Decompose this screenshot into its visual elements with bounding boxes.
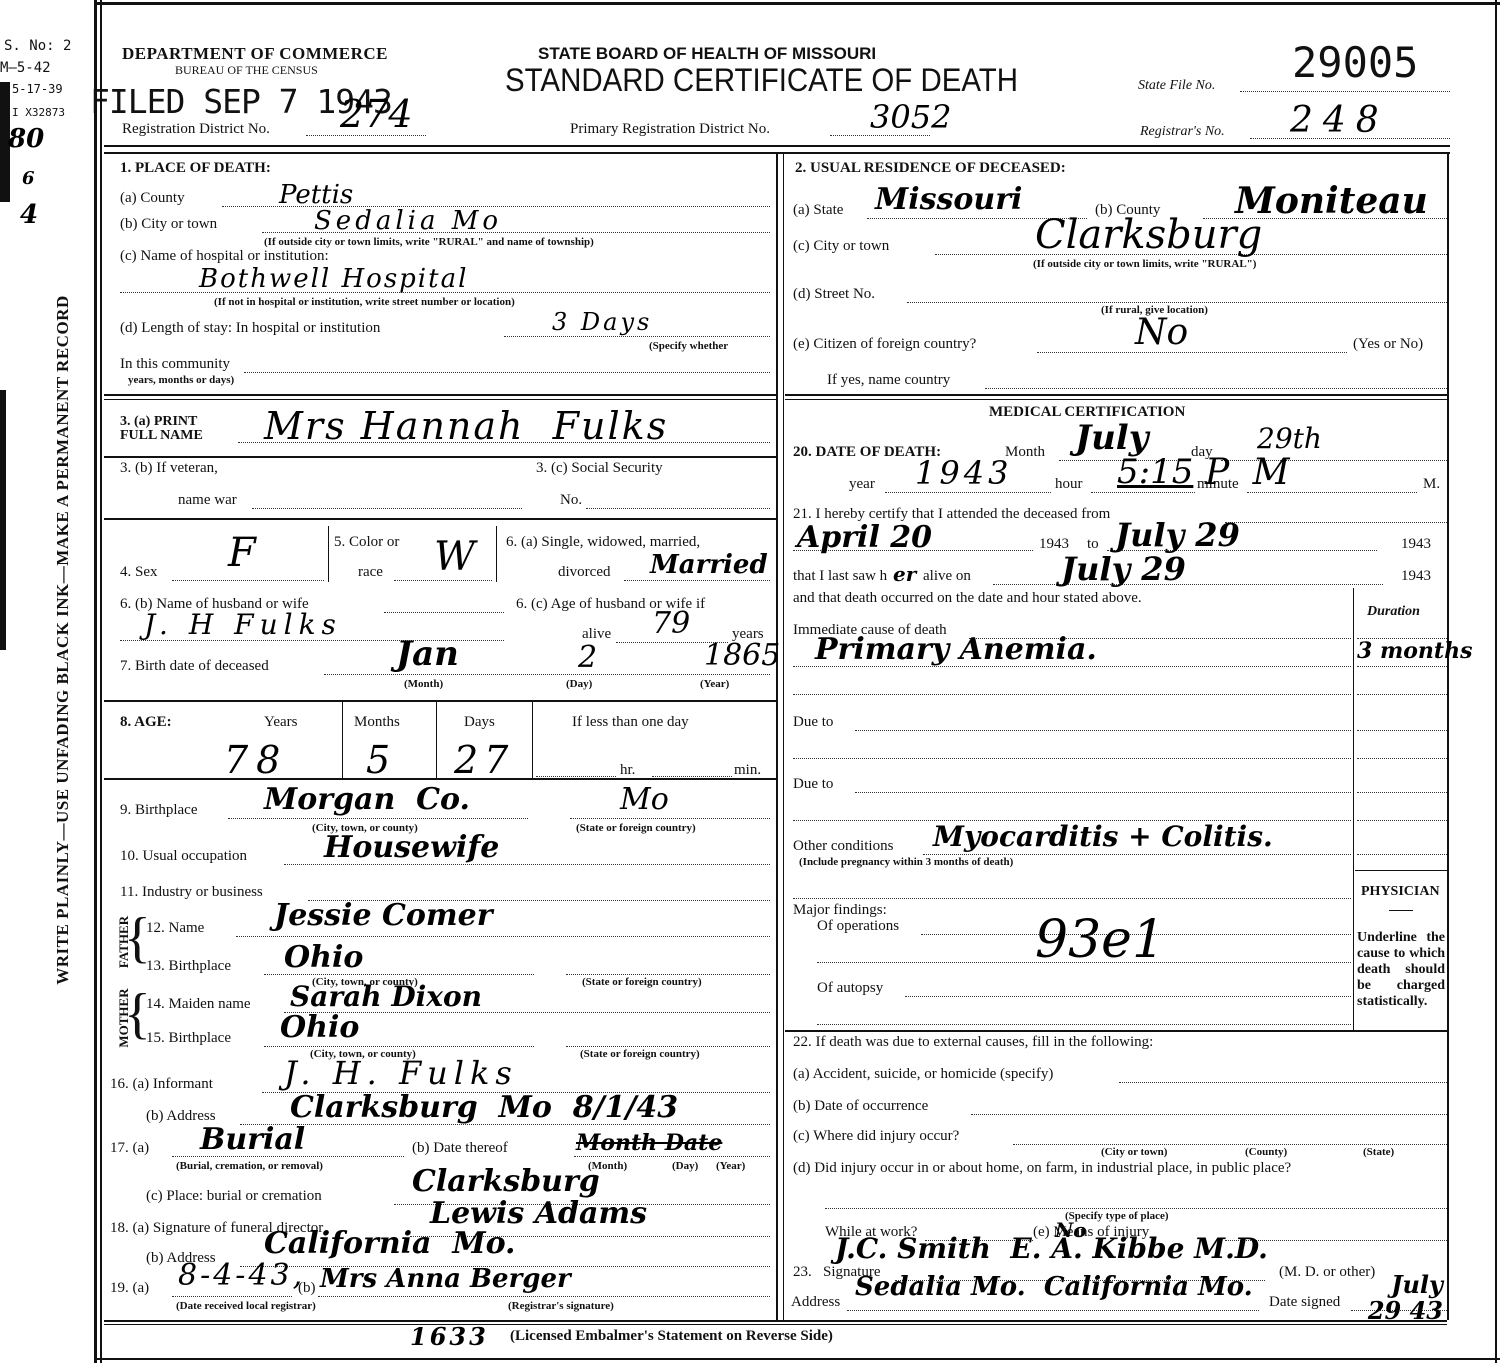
hospital-value: Bothwell Hospital — [199, 264, 468, 294]
margin-stamp-4: I X32873 — [12, 106, 65, 119]
lastsaw-field[interactable] — [993, 584, 1383, 585]
burial-type-caption: (Burial, cremation, or removal) — [176, 1160, 323, 1172]
due1-extra — [793, 758, 1351, 759]
father-bp-label: 13. Birthplace — [146, 958, 231, 975]
birthplace-city-value: Morgan Co. — [264, 782, 470, 817]
age-months-header: Months — [354, 714, 400, 731]
immediate-value: Primary Anemia. — [815, 632, 1097, 667]
external-county-caption: (County) — [1245, 1146, 1287, 1158]
primary-district-value: 3052 — [870, 98, 951, 136]
signature-value: J.C. Smith E. A. Kibbe M.D. — [835, 1232, 1268, 1265]
birth-label: 7. Birth date of deceased — [120, 658, 269, 675]
registrar-sig-label: (b) — [298, 1280, 316, 1297]
burial-place-label: (c) Place: burial or cremation — [146, 1188, 322, 1205]
margin-stamp-1: S. No: 2 — [4, 38, 71, 54]
full-name-value: Mrs Hannah Fulks — [264, 404, 668, 448]
color-field[interactable] — [394, 580, 492, 581]
physician-header: PHYSICIAN — [1361, 884, 1440, 900]
citizen-value: No — [1135, 312, 1188, 353]
stated-label: and that death occurred on the date and … — [793, 590, 1142, 607]
attended-to-value: July 29 — [1115, 516, 1240, 554]
birth-month-caption: (Month) — [404, 678, 443, 690]
due1-label: Due to — [793, 714, 833, 731]
residence-heading: 2. USUAL RESIDENCE OF DECEASED: — [795, 160, 1066, 177]
lastsaw-her: er — [893, 562, 916, 586]
hospital-label: (c) Name of hospital or institution: — [120, 248, 329, 265]
external-a-label: (a) Accident, suicide, or homicide (spec… — [793, 1066, 1053, 1083]
father-bp-value: Ohio — [284, 940, 363, 975]
external-b-field[interactable] — [971, 1114, 1447, 1115]
signature-num: 23. — [793, 1264, 812, 1281]
birth-field[interactable] — [324, 674, 770, 675]
res-street-label: (d) Street No. — [793, 286, 875, 303]
mother-name-label: 14. Maiden name — [146, 996, 251, 1013]
rule-after-veteran — [104, 518, 776, 520]
lastsaw-year: 1943 — [1401, 568, 1431, 585]
birthplace-section: 9. Birthplace Morgan Co. Mo (City, town,… — [104, 780, 776, 910]
received-caption: (Date received local registrar) — [176, 1300, 316, 1312]
mother-bp-state-field[interactable] — [566, 1046, 770, 1047]
age-min-field[interactable] — [652, 776, 732, 777]
age-hr-label: hr. — [620, 762, 635, 779]
res-city-label: (c) City or town — [793, 238, 889, 255]
dod-year-value: 1943 — [915, 454, 1012, 492]
external-c-label: (c) Where did injury occur? — [793, 1128, 959, 1145]
res-city-value: Clarksburg — [1035, 212, 1262, 258]
duration-rule — [1355, 870, 1447, 871]
registrar-sig-field[interactable] — [318, 1296, 770, 1297]
color-label-1: 5. Color or — [334, 534, 399, 551]
age-divider-2 — [436, 702, 437, 778]
res-city-note: (If outside city or town limits, write "… — [1033, 258, 1256, 270]
father-bp-state-caption: (State or foreign country) — [582, 976, 702, 988]
other-field[interactable] — [923, 854, 1351, 855]
dod-m-suffix: M. — [1423, 476, 1440, 493]
burial-year-caption: (Year) — [716, 1160, 745, 1172]
state-board: STATE BOARD OF HEALTH OF MISSOURI — [538, 44, 876, 64]
age-divider-1 — [342, 702, 343, 778]
date-signed-value: July 29 43 — [1357, 1272, 1443, 1324]
footer-number: 1633 — [410, 1322, 489, 1351]
due1-extra-dur — [1357, 758, 1447, 759]
mother-bp-state-caption: (State or foreign country) — [580, 1048, 700, 1060]
due1-field[interactable] — [855, 730, 1351, 731]
father-name-label: 12. Name — [146, 920, 204, 937]
rule-after-place — [104, 394, 776, 396]
informant-address-value: Clarksburg Mo 8/1/43 — [290, 1090, 678, 1125]
autopsy-label: Of autopsy — [817, 980, 883, 997]
age-days-value: 27 — [454, 738, 514, 782]
mother-bp-label: 15. Birthplace — [146, 1030, 231, 1047]
registrar-label: Registrar's No. — [1140, 124, 1225, 140]
ss-field[interactable] — [586, 508, 770, 509]
stay-label: (d) Length of stay: In hospital or insti… — [120, 320, 380, 337]
lastsaw-label-1: that I last saw h — [793, 568, 887, 585]
place-of-death-heading: 1. PLACE OF DEATH: — [120, 160, 271, 177]
operations-label: Of operations — [817, 918, 899, 935]
citizen-suffix: (Yes or No) — [1353, 336, 1423, 353]
age-years-value: 78 — [224, 738, 288, 782]
received-field[interactable] — [172, 1296, 292, 1297]
death-county-label: (a) County — [120, 190, 185, 207]
birth-month-value: Jan — [396, 634, 459, 674]
war-field[interactable] — [252, 508, 522, 509]
birthplace-city-field[interactable] — [228, 818, 528, 819]
mother-bp-value: Ohio — [280, 1010, 359, 1045]
marital-label-2: divorced — [558, 564, 610, 581]
physician-dash — [1389, 910, 1413, 911]
birthplace-state-value: Mo — [620, 782, 669, 817]
name-label: FULL NAME — [120, 428, 203, 444]
dod-hour-value: 5:15 — [1117, 452, 1193, 492]
marital-label-1: 6. (a) Single, widowed, married, — [506, 534, 700, 551]
attended-to-year: 1943 — [1401, 536, 1431, 553]
community-note: years, months or days) — [128, 374, 234, 386]
primary-district-label: Primary Registration District No. — [570, 121, 770, 138]
burial-date-value: Month Date — [576, 1130, 722, 1156]
physician-note: Underline the cause to which death shoul… — [1357, 930, 1445, 1010]
sex-divider — [328, 526, 329, 582]
country-label: If yes, name country — [827, 372, 950, 389]
registrar-sig-value: Mrs Anna Berger — [320, 1264, 571, 1294]
external-b-label: (b) Date of occurrence — [793, 1098, 928, 1115]
center-divider-2 — [783, 152, 784, 1320]
external-state-caption: (State) — [1363, 1146, 1394, 1158]
outer-border-left-2 — [100, 0, 102, 1363]
received-num: 19. (a) — [110, 1280, 149, 1297]
marital-value: Married — [650, 550, 768, 580]
informant-label: 16. (a) Informant — [110, 1076, 213, 1093]
cause-code-value: 93e1 — [1035, 910, 1165, 970]
age-min-label: min. — [734, 762, 761, 779]
page-title: STANDARD CERTIFICATE OF DEATH — [505, 62, 1018, 99]
attended-from-value: April 20 — [797, 520, 932, 555]
findings-top-line — [793, 898, 1351, 899]
sig-address-value: Sedalia Mo. California Mo. — [855, 1272, 1253, 1302]
external-c-field[interactable] — [1013, 1144, 1447, 1145]
bureau-name: BUREAU OF THE CENSUS — [175, 63, 318, 78]
res-street-field[interactable] — [907, 302, 1447, 303]
outer-border-bottom — [94, 1358, 1500, 1360]
marital-field[interactable] — [624, 580, 770, 581]
citizen-label: (e) Citizen of foreign country? — [793, 336, 976, 353]
external-a-field[interactable] — [1119, 1082, 1447, 1083]
occupation-label: 10. Usual occupation — [120, 848, 247, 865]
other-label: Other conditions — [793, 838, 893, 855]
footer-note: (Licensed Embalmer's Statement on Revers… — [510, 1328, 833, 1345]
stay-value: 3 Days — [552, 308, 652, 336]
spouse-value: J. H Fulks — [144, 608, 342, 641]
margin-mark-3: 4 — [20, 200, 38, 230]
burial-day-caption: (Day) — [672, 1160, 698, 1172]
lastsaw-value: July 29 — [1061, 550, 1186, 588]
external-city-caption: (City or town) — [1101, 1146, 1167, 1158]
father-name-value: Jessie Comer — [274, 898, 493, 933]
sex-field[interactable] — [172, 580, 324, 581]
birth-year-value: 1865 — [704, 638, 780, 673]
ss-no-label: No. — [560, 492, 582, 509]
parents-section: FATHER { MOTHER { 12. Name Jessie Comer … — [104, 904, 776, 1070]
specify-note: (Specify whether — [649, 340, 728, 352]
external-d-field[interactable] — [825, 1208, 1447, 1209]
hospital-note: (If not in hospital or institution, writ… — [214, 296, 515, 308]
spouse-age-value: 79 — [652, 606, 690, 641]
color-divider — [496, 526, 497, 582]
sig-address-label: Address — [791, 1294, 840, 1311]
burial-place-value: Clarksburg — [412, 1164, 600, 1199]
dod-year-field[interactable] — [885, 492, 1051, 493]
immediate-extra-line — [793, 694, 1351, 695]
due2-extra-dur — [1357, 820, 1447, 821]
age-hr-field[interactable] — [536, 776, 616, 777]
dod-year-label: year — [849, 476, 875, 493]
external-section: 22. If death was due to external causes,… — [785, 1032, 1447, 1320]
informant-section: 16. (a) Informant J. H. Fulks (b) Addres… — [104, 1068, 776, 1322]
other-value: Myocarditis + Colitis. — [933, 820, 1273, 853]
birthplace-label: 9. Birthplace — [120, 802, 197, 819]
birth-day-caption: (Day) — [566, 678, 592, 690]
citizen-field[interactable] — [1037, 352, 1347, 353]
margin-stamp-3: 5-17-39 — [12, 82, 63, 96]
reg-district-label: Registration District No. — [122, 121, 270, 138]
community-label: In this community — [120, 356, 230, 373]
death-city-label: (b) City or town — [120, 216, 217, 233]
age-label: 8. AGE: — [120, 714, 172, 731]
sex-label: 4. Sex — [120, 564, 158, 581]
burial-date-label: (b) Date thereof — [412, 1140, 508, 1157]
immediate-duration-field[interactable] — [1357, 666, 1447, 667]
other-note: (Include pregnancy within 3 months of de… — [799, 856, 1013, 868]
outer-border-left — [94, 0, 97, 1363]
header-rule-1 — [104, 145, 1450, 147]
place-of-death-section: 1. PLACE OF DEATH: (a) County Pettis (b)… — [104, 152, 776, 392]
autopsy-field[interactable] — [905, 996, 1351, 997]
birthplace-state-caption: (State or foreign country) — [576, 822, 696, 834]
autopsy-extra — [817, 1024, 1351, 1025]
margin-black-bar-2 — [0, 390, 6, 650]
medical-section: MEDICAL CERTIFICATION 20. DATE OF DEATH:… — [785, 400, 1447, 1032]
footer-rule-2 — [104, 1324, 1447, 1325]
state-file-field — [1240, 91, 1450, 92]
reg-district-value: 274 — [340, 92, 413, 136]
age-section: 8. AGE: Years Months Days If less than o… — [104, 702, 776, 780]
occupation-value: Housewife — [324, 830, 499, 865]
received-value: 8-4-43, — [178, 1258, 305, 1293]
dod-hour-label: hour — [1055, 476, 1083, 493]
death-city-note: (If outside city or town limits, write "… — [264, 236, 594, 248]
state-file-label: State File No. — [1138, 78, 1215, 94]
vertical-notice: WRITE PLAINLY—USE UNFADING BLACK INK—MAK… — [53, 180, 73, 1100]
birthplace-state-field[interactable] — [570, 818, 770, 819]
burial-num: 17. (a) — [110, 1140, 149, 1157]
stay-field[interactable] — [504, 336, 770, 337]
due1-dur[interactable] — [1357, 730, 1447, 731]
res-county-value: Moniteau — [1235, 180, 1428, 222]
director-address-value: California Mo. — [264, 1226, 516, 1261]
age-divider-3 — [532, 702, 533, 778]
spouse-label-dots — [384, 612, 504, 613]
res-state-value: Missouri — [875, 182, 1022, 217]
margin-mark-2: 6 — [22, 168, 35, 189]
outer-border-right — [1495, 0, 1497, 1363]
mother-bp-field[interactable] — [264, 1046, 534, 1047]
mother-name-value: Sarah Dixon — [290, 980, 482, 1013]
duration-divider — [1353, 588, 1354, 1032]
lastsaw-label-2: alive on — [923, 568, 971, 585]
age-lessday-header: If less than one day — [572, 714, 689, 731]
ss-label: 3. (c) Social Security — [536, 460, 663, 477]
rule-after-name — [104, 456, 776, 458]
dod-ampm-value: P M — [1205, 452, 1296, 493]
res-state-label: (a) State — [793, 202, 843, 219]
left-margin: S. No: 2 M—5-42 5-17-39 I X32873 80 6 4 … — [0, 0, 100, 1363]
registrar-value: 248 — [1290, 100, 1389, 141]
duration-header: Duration — [1367, 604, 1420, 620]
age-days-header: Days — [464, 714, 495, 731]
external-heading: 22. If death was due to external causes,… — [793, 1034, 1153, 1051]
dept-name: DEPARTMENT OF COMMERCE — [122, 44, 388, 64]
birth-day-value: 2 — [578, 640, 597, 675]
due2-dur[interactable] — [1357, 792, 1447, 793]
age-years-header: Years — [264, 714, 297, 731]
registrar-sig-caption: (Registrar's signature) — [508, 1300, 614, 1312]
state-file-value: 29005 — [1292, 38, 1418, 87]
father-bp-state-field[interactable] — [566, 974, 770, 975]
dod-day-value: 29th — [1257, 422, 1322, 455]
industry-label: 11. Industry or business — [120, 884, 263, 901]
sex-value: F — [228, 530, 256, 576]
color-label-2: race — [358, 564, 383, 581]
residence-section: 2. USUAL RESIDENCE OF DECEASED: (a) Stat… — [785, 152, 1447, 392]
rule-after-residence — [785, 394, 1447, 396]
margin-mark-1: 80 — [8, 124, 44, 154]
dod-hour-field[interactable] — [1091, 492, 1195, 493]
community-field[interactable] — [244, 372, 770, 373]
right-border — [1447, 152, 1449, 1320]
due2-label: Due to — [793, 776, 833, 793]
war-label: name war — [178, 492, 237, 509]
external-d-label: (d) Did injury occur in or about home, o… — [793, 1160, 1291, 1177]
margin-stamp-2: M—5-42 — [0, 60, 51, 76]
birth-year-caption: (Year) — [700, 678, 729, 690]
burial-date-field[interactable] — [574, 1156, 770, 1157]
sig-address-field[interactable] — [847, 1310, 1259, 1311]
burial-type-value: Burial — [200, 1122, 305, 1157]
immediate-extra-dur — [1357, 694, 1447, 695]
due2-field[interactable] — [855, 792, 1351, 793]
other-dur[interactable] — [1357, 854, 1447, 855]
immediate-duration-value: 3 months — [1357, 638, 1472, 664]
informant-value: J. H. Fulks — [284, 1054, 518, 1092]
personal-section: 3. (a) PRINT FULL NAME Mrs Hannah Fulks … — [104, 400, 776, 700]
age-months-value: 5 — [366, 738, 390, 782]
father-name-field[interactable] — [236, 936, 770, 937]
certify-label-dots — [1225, 522, 1447, 523]
color-value: W — [434, 534, 475, 580]
outer-border-top — [94, 2, 1500, 5]
findings-label: Major findings: — [793, 902, 887, 919]
center-divider — [776, 152, 778, 1320]
footer-rule-1 — [104, 1320, 1447, 1322]
veteran-label: 3. (b) If veteran, — [120, 460, 218, 477]
date-signed-label: Date signed — [1269, 1294, 1340, 1311]
country-field[interactable] — [985, 388, 1447, 389]
death-city-value: Sedalia Mo — [314, 206, 502, 236]
